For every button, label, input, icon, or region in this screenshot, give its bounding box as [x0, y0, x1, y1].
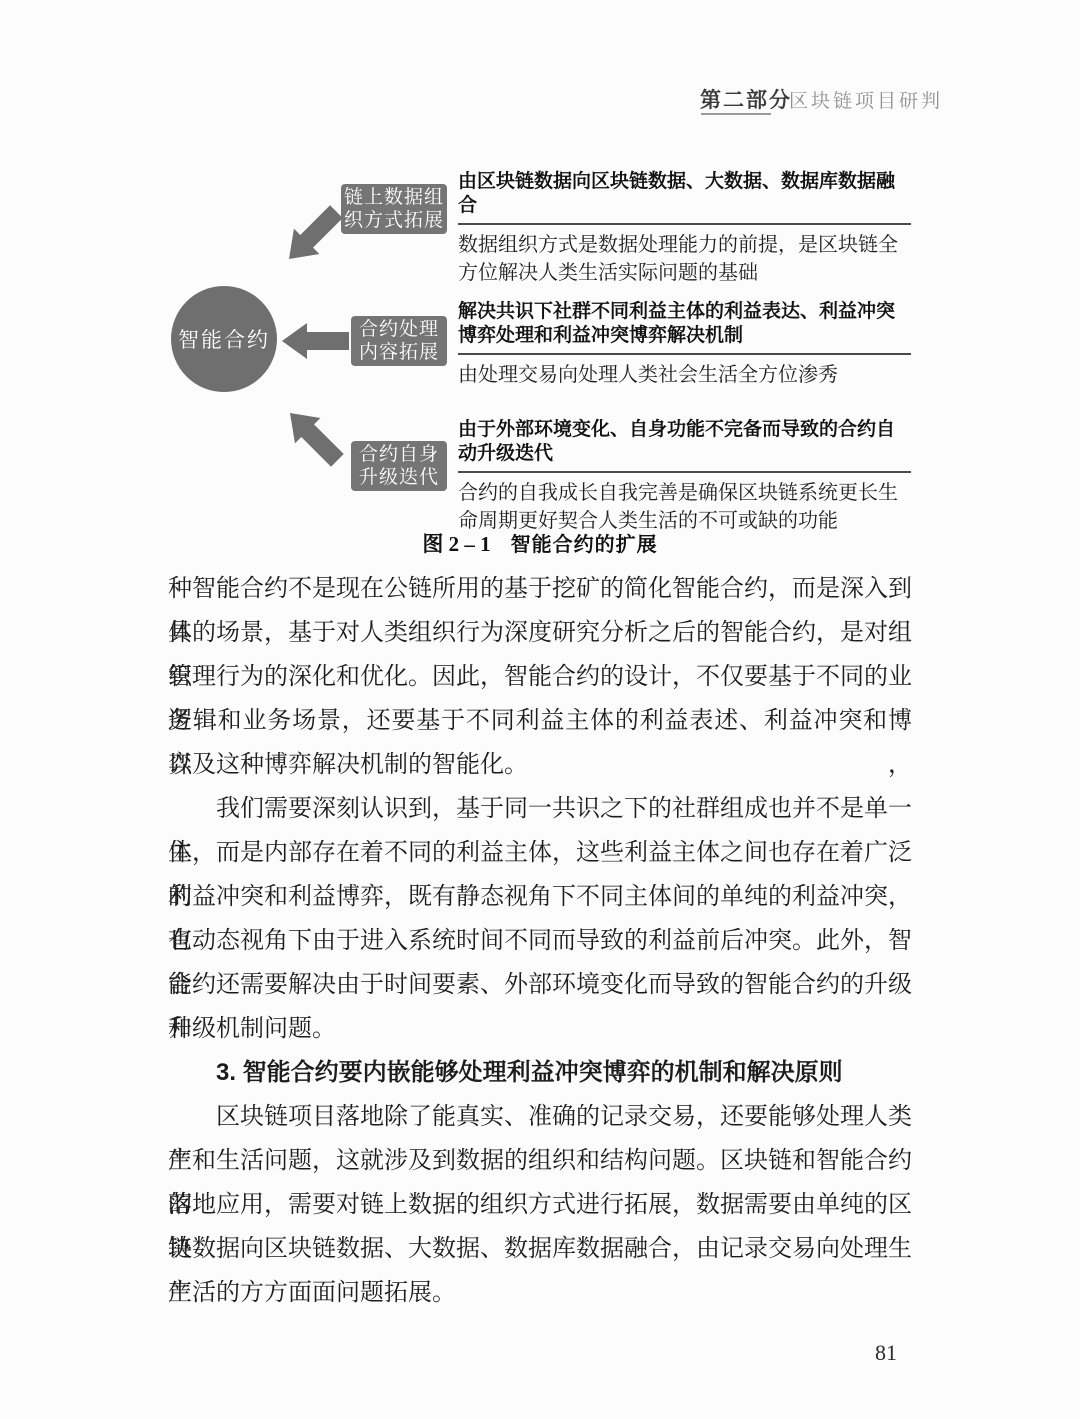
figure-caption-number: 图 2 – 1 — [422, 532, 490, 556]
figure-center-node: 智能合约 — [171, 286, 277, 392]
header-section-label: 第二部分 — [700, 84, 792, 114]
annotation-title: 由区块链数据向区块链数据、大数据、数据库数据融合 — [458, 170, 911, 225]
figure-annotation-3: 由于外部环境变化、自身功能不完备而导致的合约自动升级迭代 合约的自我成长自我完善… — [458, 418, 911, 535]
body-line-17: 生活的方方面面问题拓展。 — [168, 1271, 912, 1315]
body-line-1: 种智能合约不是现在公链所用的基于挖矿的简化智能合约，而是深入到具 — [168, 567, 912, 611]
figure-annotation-1: 由区块链数据向区块链数据、大数据、数据库数据融合 数据组织方式是数据处理能力的前… — [458, 170, 911, 287]
body-line-16: 链数据向区块链数据、大数据、数据库数据融合，由记录交易向处理生产 — [168, 1227, 912, 1271]
figure-box-contract-upgrade: 合约自身 升级迭代 — [351, 441, 447, 491]
body-line-6: 我们需要深刻认识到，基于同一共识之下的社群组成也并不是单一主 — [168, 787, 912, 831]
arrow-up-left-icon — [277, 400, 350, 473]
body-line-3: 管理行为的深化和优化。因此，智能合约的设计，不仅要基于不同的业务 — [168, 655, 912, 699]
figure-annotation-2: 解决共识下社群不同利益主体的利益表达、利益冲突博弈处理和利益冲突博弈解决机制 由… — [458, 300, 911, 389]
arrow-left-icon — [282, 323, 349, 359]
annotation-desc: 由处理交易向处理人类社会生活全方位渗秀 — [458, 355, 911, 389]
body-line-10: 合约还需要解决由于时间要素、外部环境变化而导致的智能合约的升级和 — [168, 963, 912, 1007]
page-number: 81 — [875, 1340, 897, 1366]
body-line-14: 产和生活问题，这就涉及到数据的组织和结构问题。区块链和智能合约的 — [168, 1139, 912, 1183]
body-line-11: 升级机制问题。 — [168, 1007, 912, 1051]
figure-center-label: 智能合约 — [178, 324, 270, 354]
arrow-down-left-icon — [276, 199, 349, 272]
figure-caption: 图 2 – 1 智能合约的扩展 — [168, 528, 912, 558]
annotation-desc: 数据组织方式是数据处理能力的前提，是区块链全方位解决人类生活实际问题的基础 — [458, 225, 911, 287]
figure-caption-text: 智能合约的扩展 — [511, 534, 658, 556]
figure-box-chain-data: 链上数据组 织方式拓展 — [341, 184, 447, 234]
figure-box-contract-content: 合约处理 内容拓展 — [351, 316, 447, 366]
body-line-15: 落地应用，需要对链上数据的组织方式进行拓展，数据需要由单纯的区块 — [168, 1183, 912, 1227]
body-text: 种智能合约不是现在公链所用的基于挖矿的简化智能合约，而是深入到具 体的场景，基于… — [168, 567, 912, 1315]
annotation-desc: 合约的自我成长自我完善是确保区块链系统更长生命周期更好契合人类生活的不可或缺的功… — [458, 473, 911, 535]
body-line-8: 利益冲突和利益博弈，既有静态视角下不同主体间的单纯的利益冲突，也 — [168, 875, 912, 919]
body-line-13: 区块链项目落地除了能真实、准确的记录交易，还要能够处理人类生 — [168, 1095, 912, 1139]
body-line-9: 有动态视角下由于进入系统时间不同而导致的利益前后冲突。此外，智能 — [168, 919, 912, 963]
annotation-title: 由于外部环境变化、自身功能不完备而导致的合约自动升级迭代 — [458, 418, 911, 473]
body-line-7: 体，而是内部存在着不同的利益主体，这些利益主体之间也存在着广泛的 — [168, 831, 912, 875]
header-chapter-title: 区块链项目研判 — [789, 86, 943, 113]
header-section-underline — [701, 113, 771, 115]
body-line-4: 逻辑和业务场景，还要基于不同利益主体的利益表述、利益冲突和博弈， — [168, 699, 912, 743]
book-page: 第二部分 区块链项目研判 智能合约 链上数据组 织方式拓展 合约处理 内容拓展 — [0, 0, 1080, 1419]
annotation-title: 解决共识下社群不同利益主体的利益表达、利益冲突博弈处理和利益冲突博弈解决机制 — [458, 300, 911, 355]
body-heading-3: 3. 智能合约要内嵌能够处理利益冲突博弈的机制和解决原则 — [168, 1051, 912, 1095]
body-line-2: 体的场景，基于对人类组织行为深度研究分析之后的智能合约，是对组织 — [168, 611, 912, 655]
